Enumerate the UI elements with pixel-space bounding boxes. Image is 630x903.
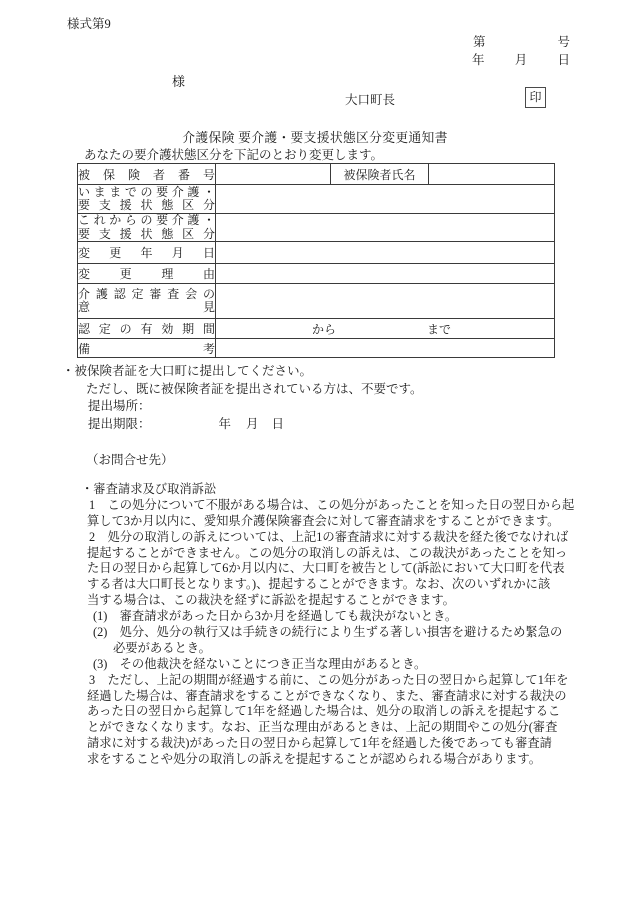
seal-mark: 印	[525, 87, 546, 108]
page-title: 介護保険 要介護・要支援状態区分変更通知書	[0, 127, 630, 146]
issuer-name: 大口町長	[345, 90, 395, 108]
board-opinion-label-line2: 意 見	[78, 301, 215, 315]
legal-line: あった日の翌日から起算して1年を経過した場合は、処分の取消しの訴えを提起するこ	[87, 704, 630, 720]
change-date-value	[216, 242, 555, 264]
table-row: い ま ま で の 要 介 護 ・ 要 支 援 状 態 区 分	[78, 185, 555, 214]
document-page: 様式第9 第 号 年 月 日 様 大口町長 印 介護保険 要介護・要支援状態区分…	[0, 0, 630, 903]
submission-deadline-line: 提出期限：年月日	[88, 414, 284, 432]
date-day-label: 日	[557, 50, 570, 68]
legal-line: 当する場合は、この裁決を経ずに訴訟を提起することができます。	[87, 593, 630, 609]
deadline-month-label: 月	[246, 417, 259, 431]
previous-level-label-line1: い ま ま で の 要 介 護 ・	[78, 186, 215, 200]
date-month-label: 月	[515, 50, 528, 68]
table-row: こ れ か ら の 要 介 護 ・ 要 支 援 状 態 区 分	[78, 214, 555, 242]
legal-section-heading: ・審査請求及び取消訴訟	[81, 482, 630, 498]
deadline-day-label: 日	[272, 417, 285, 431]
validity-period-label: 認 定 の 有 効 期 間	[78, 319, 216, 339]
table-row: 認 定 の 有 効 期 間 から まで	[78, 319, 555, 339]
new-level-label-line1: こ れ か ら の 要 介 護 ・	[78, 214, 215, 228]
legal-line: (1) 審査請求があった日から3か月を経過しても裁決がないとき。	[93, 609, 630, 625]
validity-period-value: から まで	[216, 319, 555, 339]
table-row: 介 護 認 定 審 査 会 の 意 見	[78, 284, 555, 319]
legal-line: 経過した場合は、審査請求をすることができなくなり、また、審査請求に対する裁決の	[87, 689, 630, 705]
remarks-value	[216, 339, 555, 358]
insured-name-label: 被保険者氏名	[331, 164, 429, 185]
legal-line: 3 ただし、上記の期間が経過する前に、この処分があった日の翌日から起算して1年を	[89, 673, 630, 689]
date-year-label: 年	[472, 50, 485, 68]
validity-to-label: まで	[427, 320, 451, 337]
table-row: 被 保 険 者 番 号 被保険者氏名	[78, 164, 555, 185]
notice-table: 被 保 険 者 番 号 被保険者氏名 い ま ま で の 要 介 護 ・ 要 支…	[77, 163, 555, 358]
legal-line: 1 この処分について不服がある場合は、この処分があったことを知った日の翌日から起	[89, 498, 630, 514]
change-reason-value	[216, 264, 555, 284]
board-opinion-value	[216, 284, 555, 319]
table-row: 変 更 年 月 日	[78, 242, 555, 264]
legal-line: 求をすることや処分の取消しの訴えを提起することが認められる場合があります。	[87, 752, 630, 768]
new-level-label-line2: 要 支 援 状 態 区 分	[78, 228, 215, 242]
lead-sentence: あなたの要介護状態区分を下記のとおり変更します。	[84, 145, 383, 163]
legal-line: とができなくなります。なお、正当な理由があるときは、上記の期間やこの処分(審査	[87, 720, 630, 736]
deadline-year-label: 年	[219, 417, 232, 431]
legal-notice-section: ・審査請求及び取消訴訟 1 この処分について不服がある場合は、この処分があったこ…	[0, 482, 630, 768]
document-number-line: 第 号	[473, 32, 570, 50]
form-number: 様式第9	[67, 14, 111, 32]
doc-no-prefix: 第	[473, 32, 486, 50]
board-opinion-label: 介 護 認 定 審 査 会 の 意 見	[78, 284, 216, 319]
legal-line: する者は大口町長となります。)、提起することができます。なお、次のいずれかに該	[87, 577, 630, 593]
legal-line: 提起することができません。この処分の取消しの訴えは、この裁決があったことを知っ	[87, 546, 630, 562]
new-level-label: こ れ か ら の 要 介 護 ・ 要 支 援 状 態 区 分	[78, 214, 216, 242]
previous-level-label: い ま ま で の 要 介 護 ・ 要 支 援 状 態 区 分	[78, 185, 216, 214]
legal-line: た日の翌日から起算して6か月以内に、大口町を被告として(訴訟において大口町を代表	[87, 561, 630, 577]
note-submit-card: ・被保険者証を大口町に提出してください。	[62, 361, 312, 379]
issue-date-line: 年 月 日	[472, 50, 570, 68]
change-date-label: 変 更 年 月 日	[78, 242, 216, 264]
validity-from-label: から	[312, 320, 336, 337]
board-opinion-label-line1: 介 護 認 定 審 査 会 の	[78, 288, 215, 302]
insured-number-value	[216, 164, 331, 185]
doc-no-suffix: 号	[557, 32, 570, 50]
legal-line: (2) 処分、処分の執行又は手続きの続行により生ずる著しい損害を避けるため緊急の	[93, 625, 630, 641]
table-row: 変 更 理 由	[78, 264, 555, 284]
legal-line: (3) その他裁決を経ないことにつき正当な理由があるとき。	[93, 657, 630, 673]
previous-level-label-line2: 要 支 援 状 態 区 分	[78, 199, 215, 213]
note-exception: ただし、既に被保険者証を提出されている方は、不要です。	[86, 379, 423, 397]
legal-line: 請求に対する裁決)があった日の翌日から起算して1年を経過した後であっても審査請	[87, 736, 630, 752]
submission-place-label: 提出場所：	[88, 396, 151, 414]
inquiry-heading: （お問合せ先）	[86, 450, 174, 468]
insured-name-value	[429, 164, 555, 185]
submission-deadline-label: 提出期限：	[88, 417, 151, 431]
new-level-value	[216, 214, 555, 242]
legal-line: 必要があるとき。	[113, 641, 630, 657]
remarks-label: 備 考	[78, 339, 216, 358]
addressee-suffix: 様	[172, 71, 185, 90]
legal-line: 2 処分の取消しの訴えについては、上記1の審査請求に対する裁決を経た後でなければ	[89, 530, 630, 546]
legal-line: 算して3か月以内に、愛知県介護保険審査会に対して審査請求をすることができます。	[87, 514, 630, 530]
insured-number-label: 被 保 険 者 番 号	[78, 164, 216, 185]
previous-level-value	[216, 185, 555, 214]
table-row: 備 考	[78, 339, 555, 358]
change-reason-label: 変 更 理 由	[78, 264, 216, 284]
